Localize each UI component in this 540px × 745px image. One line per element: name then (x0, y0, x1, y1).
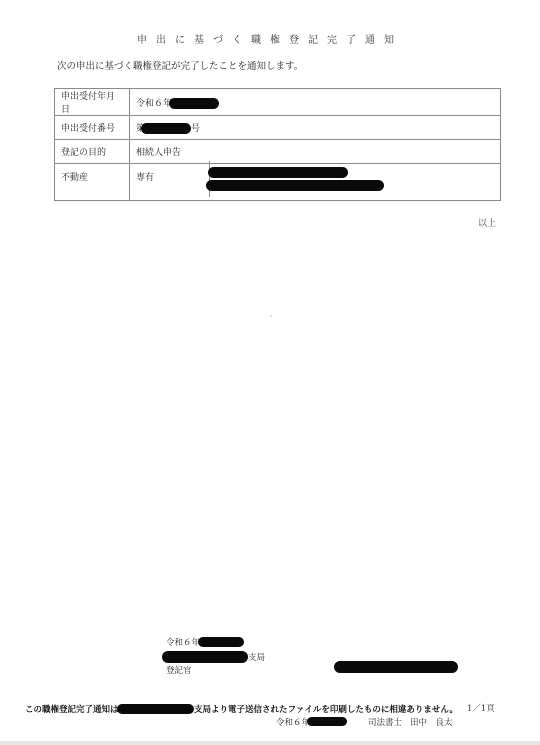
issuer-office: 支局 (248, 651, 265, 663)
row-label: 不動産 (55, 164, 130, 201)
cell-divider (209, 161, 210, 197)
certification-suffix: 支局より電子送信されたファイルを印刷したものに相違ありません。 (194, 703, 458, 715)
document-title: 申出に基づく職権登記完了通知 (0, 31, 540, 46)
redaction (162, 651, 248, 663)
redaction (198, 637, 244, 647)
redaction (141, 123, 191, 134)
redaction (117, 704, 194, 714)
redaction (169, 98, 219, 109)
table-row: 登記の目的 相続人申告 (55, 140, 501, 164)
scan-bottom-edge (0, 741, 540, 745)
certification-prefix: この職権登記完了通知は (25, 703, 119, 715)
issuer-title: 登記官 (166, 664, 192, 676)
row-value: 相続人申告 (130, 140, 501, 164)
table-row: 申出受付番号 第号 (55, 116, 501, 140)
redaction (206, 180, 384, 191)
page-number: 1／1頁 (467, 702, 495, 714)
row-label: 登記の目的 (55, 140, 130, 164)
redaction (208, 167, 348, 178)
redaction (307, 717, 347, 726)
scan-speck (270, 315, 272, 317)
end-mark: 以上 (478, 216, 496, 229)
scrivener-title: 司法書士 (368, 716, 402, 728)
row-label: 申出受付年月日 (55, 89, 130, 116)
table-row: 申出受付年月日 令和６年 (55, 89, 501, 116)
value-text: 専有 (136, 173, 154, 183)
row-value: 第号 (130, 116, 501, 140)
print-date-prefix: 令和６年 (276, 716, 310, 728)
scrivener-name: 田中 良太 (410, 716, 453, 728)
value-text: 令和６年 (136, 99, 172, 109)
row-value: 令和６年 (130, 89, 501, 116)
value-suffix: 号 (191, 124, 200, 134)
issuer-date-prefix: 令和６年 (166, 638, 200, 648)
redaction-seal (334, 661, 458, 673)
row-label: 申出受付番号 (55, 116, 130, 140)
issuer-date: 令和６年 (166, 636, 200, 648)
intro-text: 次の申出に基づく職権登記が完了したことを通知します。 (57, 58, 303, 72)
